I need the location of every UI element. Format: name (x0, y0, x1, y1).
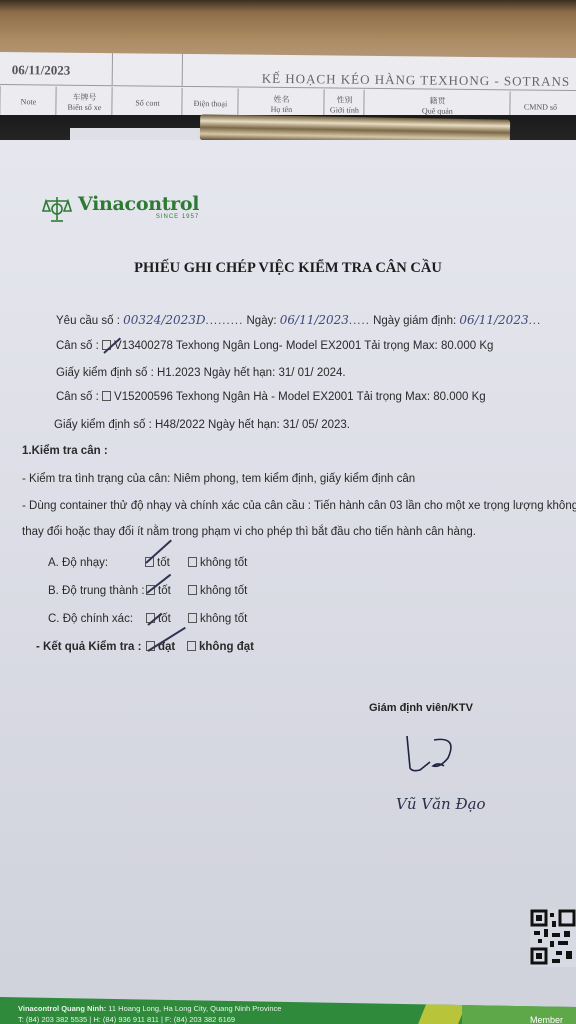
section-bullet-2-cont: thay đổi hoặc thay đổi ít nằm trong phạm… (22, 526, 476, 538)
result-label: - Kết quả Kiểm tra : (36, 641, 141, 653)
scale-2-certificate: Giấy kiểm định số : H48/2022 Ngày hết hạ… (54, 419, 350, 431)
scale-2-description: V15200596 Texhong Ngân Hà - Model EX2001… (114, 391, 486, 403)
check-row-accuracy: C. Độ chính xác: (48, 613, 133, 625)
column-header-plate: 车牌号Biển số xe (55, 87, 112, 118)
logo-name: Vinacontrol (78, 194, 199, 214)
check-bad-option[interactable]: không tốt (188, 557, 247, 569)
signature-mark (400, 732, 464, 782)
signature-name: Vũ Văn Đạo (396, 795, 486, 813)
footer-phones: T: (84) 203 382 5535 | H: (84) 936 911 8… (18, 1015, 235, 1024)
background-surface (0, 0, 576, 60)
scale-1-description: V13400278 Texhong Ngân Long- Model EX200… (114, 340, 493, 352)
check-row-consistency: B. Độ trung thành : (48, 585, 145, 597)
date-label: Ngày: (247, 315, 277, 327)
section-bullet-1: - Kiểm tra tình trạng của cân: Niêm phon… (22, 473, 415, 485)
scale-2-checkbox[interactable] (102, 391, 111, 401)
document-title: PHIẾU GHI CHÉP VIỆC KIỂM TRA CÂN CẦU (0, 260, 576, 277)
request-label: Yêu cầu số : (56, 315, 120, 327)
check-bad-option[interactable]: không tốt (188, 585, 247, 597)
section-bullet-2: - Dùng container thử độ nhạy và chính xá… (22, 500, 576, 512)
scale-balance-icon (42, 194, 72, 224)
scale-2-line: Cân số : V15200596 Texhong Ngân Hà - Mod… (56, 391, 486, 403)
scale-1-line: Cân số : V13400278 Texhong Ngân Long- Mo… (56, 340, 493, 352)
footer-member: Member (530, 1015, 563, 1024)
signature-role: Giám định viên/KTV (369, 702, 473, 714)
divider (182, 54, 183, 86)
divider (112, 53, 113, 85)
date-value: 06/11/2023 (280, 313, 349, 327)
inspection-date-label: Ngày giám định: (373, 315, 456, 327)
footer-address: Vinacontrol Quang Ninh: 11 Hoang Long, H… (18, 1004, 281, 1013)
column-header-cont: Số cont (111, 87, 182, 118)
result-fail-option[interactable]: không đạt (187, 641, 254, 653)
check-bad-option[interactable]: không tốt (188, 613, 247, 625)
plan-date: 06/11/2023 (12, 62, 71, 79)
inspection-date-value: 06/11/2023 (459, 313, 528, 327)
inspection-form: Vinacontrol SINCE 1957 PHIẾU GHI CHÉP VI… (0, 140, 576, 1024)
section-heading: 1.Kiểm tra cân : (22, 445, 108, 457)
request-value: 00324/2023D (123, 313, 205, 327)
vinacontrol-logo: Vinacontrol SINCE 1957 (42, 194, 199, 224)
check-row-sensitivity: A. Độ nhạy: (48, 557, 108, 569)
request-line: Yêu cầu số : 00324/2023D......... Ngày: … (56, 313, 541, 327)
qr-code (530, 909, 576, 967)
scale-1-certificate: Giấy kiểm định số : H1.2023 Ngày hết hạn… (56, 367, 346, 379)
column-header-note: Note (0, 86, 57, 117)
